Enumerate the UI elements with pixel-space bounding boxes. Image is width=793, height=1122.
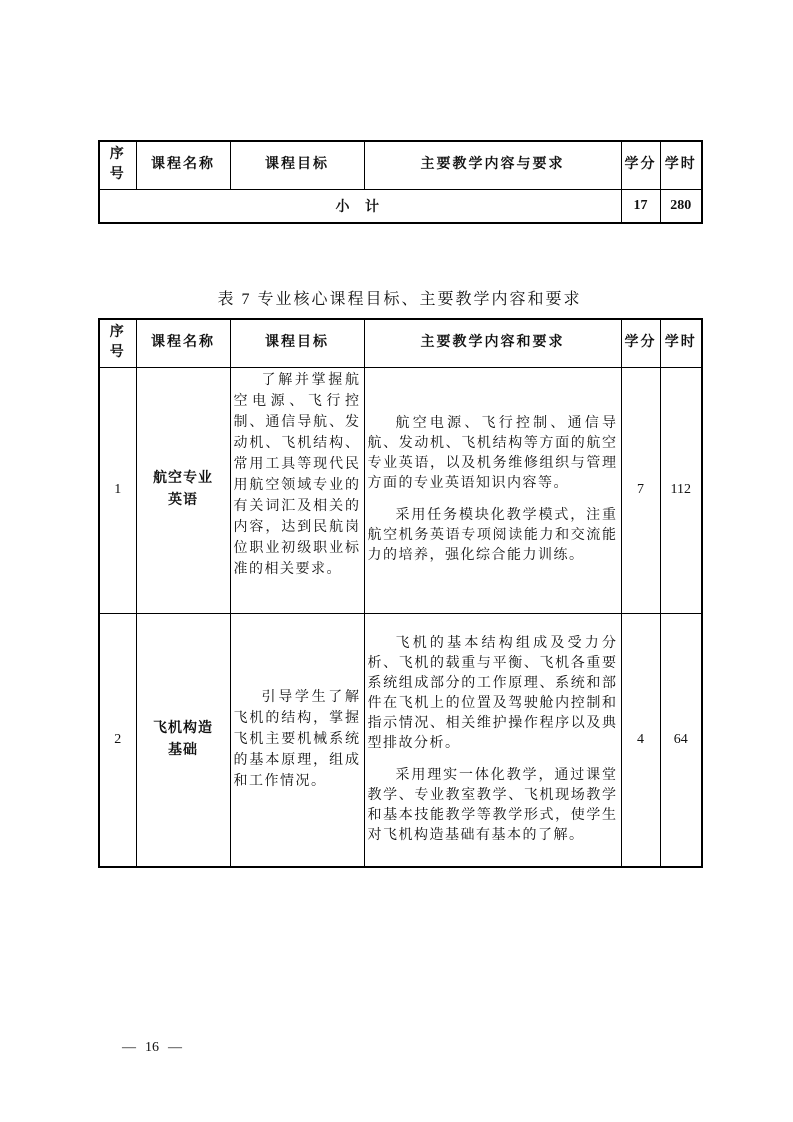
- subtotal-label: 小 计: [99, 189, 621, 223]
- course-name: 航空专业 英语: [136, 367, 230, 613]
- header-course-name: 课程名称: [136, 141, 230, 189]
- header-course-objective: 课程目标: [230, 319, 364, 367]
- course-hours: 64: [660, 613, 702, 867]
- table-row-course-1: 1 航空专业 英语 了解并掌握航空电源、飞行控制、通信导航、发动机、飞机结构、常…: [99, 367, 702, 613]
- table-caption: 表 7 专业核心课程目标、主要教学内容和要求: [98, 286, 701, 309]
- course-content: 航空电源、飞行控制、通信导航、发动机、飞机结构等方面的航空专业英语，以及机务维修…: [364, 367, 621, 613]
- header-hours: 学时: [660, 141, 702, 189]
- page-number: 16: [145, 1040, 159, 1056]
- document-page: 序号 课程名称 课程目标 主要教学内容与要求 学分 学时 小 计 17 280 …: [0, 0, 793, 1122]
- core-courses-table: 序号 课程名称 课程目标 主要教学内容和要求 学分 学时 1 航空专业 英语 了…: [98, 318, 703, 868]
- course-name: 飞机构造 基础: [136, 613, 230, 867]
- header-main-content: 主要教学内容与要求: [364, 141, 621, 189]
- subtotal-table-header-row: 序号 课程名称 课程目标 主要教学内容与要求 学分 学时: [99, 141, 702, 189]
- page-footer: — 16 —: [122, 1040, 182, 1056]
- objective-paragraph: 引导学生了解飞机的结构，掌握飞机主要机械系统的基本原理，组成和工作情况。: [234, 687, 361, 792]
- course-index: 2: [99, 613, 136, 867]
- course-credits: 7: [621, 367, 660, 613]
- course-index: 1: [99, 367, 136, 613]
- header-course-name: 课程名称: [136, 319, 230, 367]
- course-credits: 4: [621, 613, 660, 867]
- table-row-course-2: 2 飞机构造 基础 引导学生了解飞机的结构，掌握飞机主要机械系统的基本原理，组成…: [99, 613, 702, 867]
- content-paragraph-1: 飞机的基本结构组成及受力分析、飞机的载重与平衡、飞机各重要系统组成部分的工作原理…: [368, 634, 618, 754]
- header-index: 序号: [99, 319, 136, 367]
- footer-dash-left: —: [122, 1040, 136, 1056]
- content-paragraph-2: 采用理实一体化教学，通过课堂教学、专业教室教学、飞机现场教学和基本技能教学等教学…: [368, 766, 618, 846]
- header-hours: 学时: [660, 319, 702, 367]
- subtotal-table: 序号 课程名称 课程目标 主要教学内容与要求 学分 学时 小 计 17 280: [98, 140, 703, 224]
- course-objective: 引导学生了解飞机的结构，掌握飞机主要机械系统的基本原理，组成和工作情况。: [230, 613, 364, 867]
- header-index: 序号: [99, 141, 136, 189]
- course-content: 飞机的基本结构组成及受力分析、飞机的载重与平衡、飞机各重要系统组成部分的工作原理…: [364, 613, 621, 867]
- header-main-content: 主要教学内容和要求: [364, 319, 621, 367]
- header-course-objective: 课程目标: [230, 141, 364, 189]
- subtotal-row: 小 计 17 280: [99, 189, 702, 223]
- objective-paragraph: 了解并掌握航空电源、飞行控制、通信导航、发动机、飞机结构、常用工具等现代民用航空…: [234, 370, 361, 580]
- subtotal-hours: 280: [660, 189, 702, 223]
- course-name-line2: 基础: [140, 740, 227, 762]
- course-name-line1: 飞机构造: [140, 718, 227, 740]
- header-credits: 学分: [621, 319, 660, 367]
- course-name-line1: 航空专业: [140, 468, 227, 490]
- core-table-header-row: 序号 课程名称 课程目标 主要教学内容和要求 学分 学时: [99, 319, 702, 367]
- course-name-line2: 英语: [140, 490, 227, 512]
- footer-dash-right: —: [168, 1040, 182, 1056]
- header-credits: 学分: [621, 141, 660, 189]
- course-objective: 了解并掌握航空电源、飞行控制、通信导航、发动机、飞机结构、常用工具等现代民用航空…: [230, 367, 364, 613]
- content-paragraph-1: 航空电源、飞行控制、通信导航、发动机、飞机结构等方面的航空专业英语，以及机务维修…: [368, 414, 618, 494]
- course-hours: 112: [660, 367, 702, 613]
- content-paragraph-2: 采用任务模块化教学模式，注重航空机务英语专项阅读能力和交流能力的培养，强化综合能…: [368, 506, 618, 566]
- subtotal-credits: 17: [621, 189, 660, 223]
